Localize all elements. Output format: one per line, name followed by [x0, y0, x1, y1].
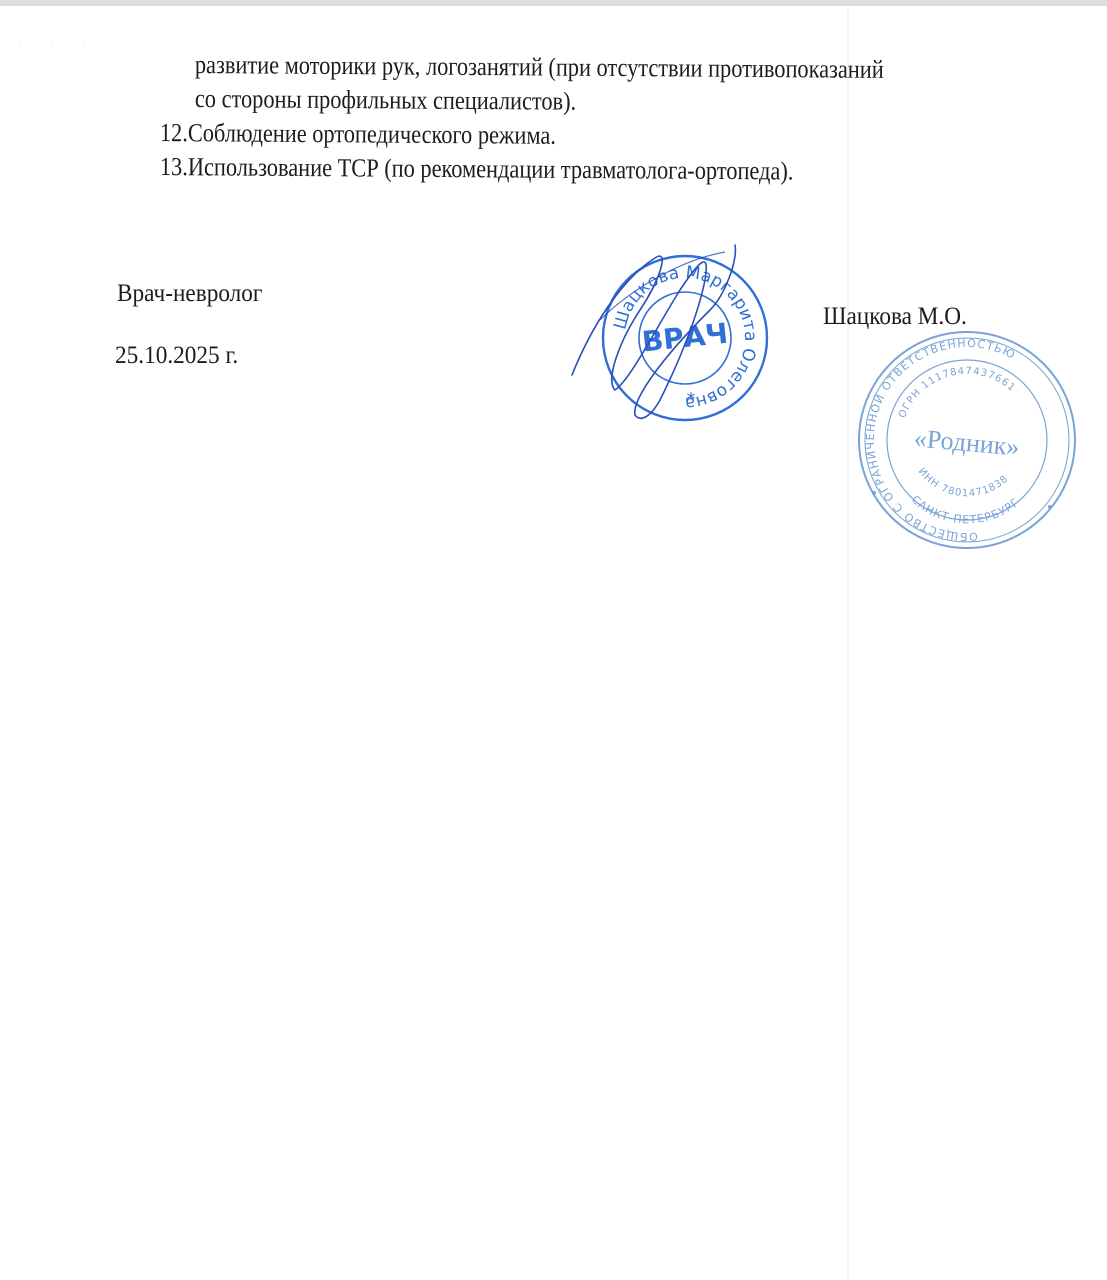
text-line-continuation: развитие моторики рук, логозанятий (при …	[195, 50, 884, 85]
org-stamp-ogrn: ОГРН 1117847437661	[897, 366, 1018, 420]
text-line-specialists: со стороны профильных специалистов).	[195, 84, 576, 117]
signature-date: 25.10.2025 г.	[115, 342, 238, 370]
list-item-13: 13.Использование ТСР (по рекомендации тр…	[160, 152, 794, 186]
scan-specks: · · ·	[18, 42, 100, 51]
doctor-stamp: Шацкова Маргарита Олеговна ВРАЧ *	[560, 240, 790, 430]
signature-position: Врач-невролог	[117, 280, 262, 308]
doctor-stamp-star: *	[687, 389, 696, 410]
list-item-12: 12.Соблюдение ортопедического режима.	[160, 118, 556, 151]
organization-stamp: ОБЩЕСТВО С ОГРАНИЧЕННОЙ ОТВЕТСТВЕННОСТЬЮ…	[850, 325, 1085, 555]
top-bar	[0, 0, 1107, 6]
doctor-stamp-center: ВРАЧ	[640, 317, 729, 359]
org-stamp-inn: ИНН 7801471838	[916, 466, 1011, 499]
page-fold-line	[847, 6, 849, 1280]
org-stamp-center: «Родник»	[913, 423, 1021, 461]
